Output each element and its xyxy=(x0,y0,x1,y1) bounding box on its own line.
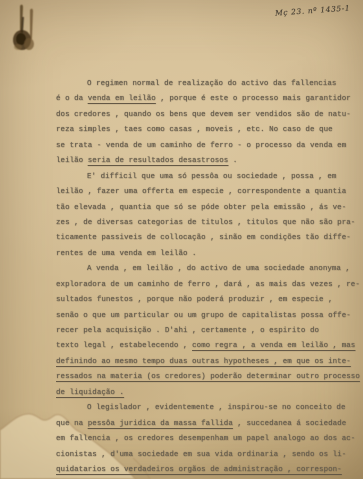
text-line: O regimen normal de realização do activo… xyxy=(56,77,358,92)
text-line: reza simples , taes como casas , moveis … xyxy=(56,123,358,138)
handwritten-reference: Mç 23. nº 1435-1 xyxy=(274,3,350,17)
text-line: ticamente passiveis de collocação , sinã… xyxy=(56,231,358,246)
text-line: leilão , fazer uma offerta em especie , … xyxy=(56,185,358,200)
text-line: definindo ao mesmo tempo duas outras hyp… xyxy=(56,355,358,370)
text-line: que na pessôa juridica da massa fallida … xyxy=(56,417,358,432)
text-line: leilão seria de resultados desastrosos . xyxy=(56,154,358,169)
text-line: quidatarios os verdadeiros orgãos de adm… xyxy=(56,463,358,478)
typewritten-text: O regimen normal de realização do activo… xyxy=(56,77,358,478)
text-line: sultados funestos , porque não poderá pr… xyxy=(56,293,358,308)
text-line: tão elevada , quantia que só se póde obt… xyxy=(56,201,358,216)
text-line: em fallencia , os credores desempenham u… xyxy=(56,432,358,447)
text-line: se trata - venda de um caminho de ferro … xyxy=(56,139,358,154)
text-line: senão o que um particular ou um grupo de… xyxy=(56,309,358,324)
text-line: ressados na materia (os credores) poderã… xyxy=(56,370,358,385)
text-line: texto legal , estabelecendo , como regra… xyxy=(56,339,358,354)
ink-blot-mark xyxy=(8,2,52,64)
text-line: é o da venda em leilão , porque é este o… xyxy=(56,92,358,107)
text-line: A venda , em leilão , do activo de uma s… xyxy=(56,262,358,277)
text-line: dos credores , quando os bens que devem … xyxy=(56,108,358,123)
text-line: E' difficil que uma só pessôa ou socieda… xyxy=(56,170,358,185)
text-line: cionistas , d'uma sociedade em sua vida … xyxy=(56,448,358,463)
text-line: zes , de diversas categorias de titulos … xyxy=(56,216,358,231)
text-line: O legislador , evidentemente , inspirou-… xyxy=(56,401,358,416)
document-page: Mç 23. nº 1435-1 O regimen normal de rea… xyxy=(0,0,363,479)
text-line: exploradora de um caminho de ferro , dar… xyxy=(56,278,358,293)
text-line: recer pela acquisição . D'ahi , certamen… xyxy=(56,324,358,339)
text-line: de liquidação . xyxy=(56,386,358,401)
text-line: rentes de uma venda em leilão . xyxy=(56,247,358,262)
